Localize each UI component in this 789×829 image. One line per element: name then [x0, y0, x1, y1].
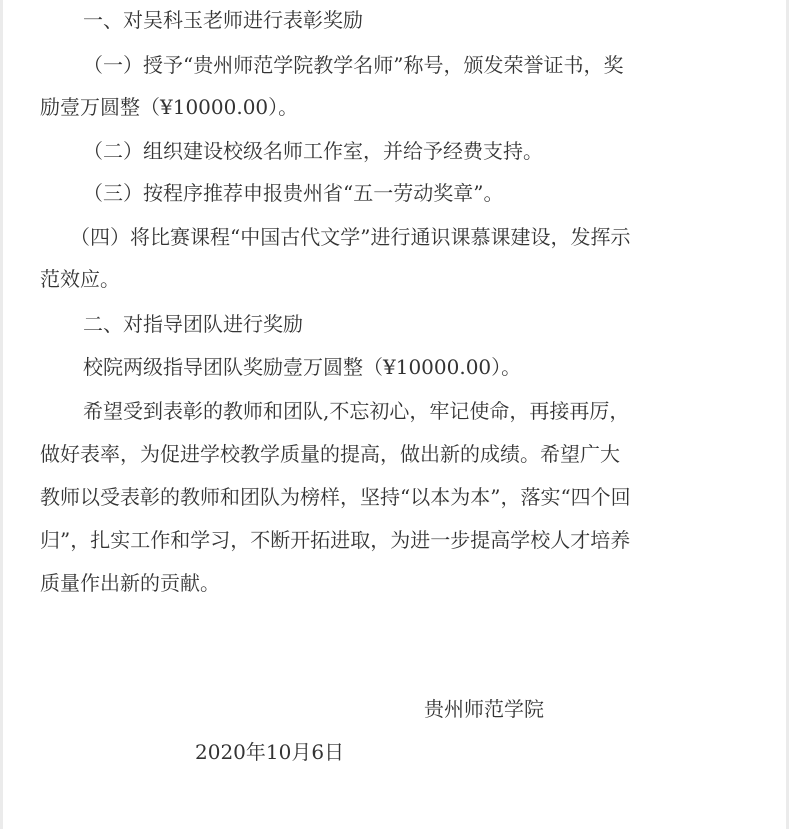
section1-item4-line1: （四）将比赛课程“中国古代文学”进行通识课慕课建设，发挥示	[70, 222, 630, 252]
closing-line5: 质量作出新的贡献。	[40, 568, 220, 598]
section2-heading: 二、对指导团队进行奖励	[83, 309, 303, 339]
section1-item3: （三）按程序推荐申报贵州省“五一劳动奖章”。	[83, 178, 503, 208]
closing-line4: 归”，扎实工作和学习，不断开拓进取，为进一步提高学校人才培养	[40, 525, 630, 555]
section1-item1-line1: （一）授予“贵州师范学院教学名师”称号，颁发荣誉证书，奖	[83, 50, 623, 80]
section1-item1-line2: 励壹万圆整（¥10000.00）。	[40, 92, 298, 122]
left-edge-bar	[0, 0, 3, 829]
closing-line3: 教师以受表彰的教师和团队为榜样，坚持“以本为本”，落实“四个回	[40, 482, 631, 512]
closing-line2: 做好表率，为促进学校教学质量的提高，做出新的成绩。希望广大	[40, 439, 620, 469]
section1-heading: 一、对吴科玉老师进行表彰奖励	[83, 5, 363, 35]
section2-body: 校院两级指导团队奖励壹万圆整（¥10000.00）。	[83, 352, 521, 382]
section1-item2: （二）组织建设校级名师工作室，并给予经费支持。	[83, 136, 543, 166]
closing-line1: 希望受到表彰的教师和团队,不忘初心，牢记使命，再接再厉，	[83, 396, 629, 426]
signature-org: 贵州师范学院	[424, 694, 544, 724]
section1-item4-line2: 范效应。	[40, 264, 120, 294]
signature-date: 2020年10月6日	[195, 737, 344, 767]
